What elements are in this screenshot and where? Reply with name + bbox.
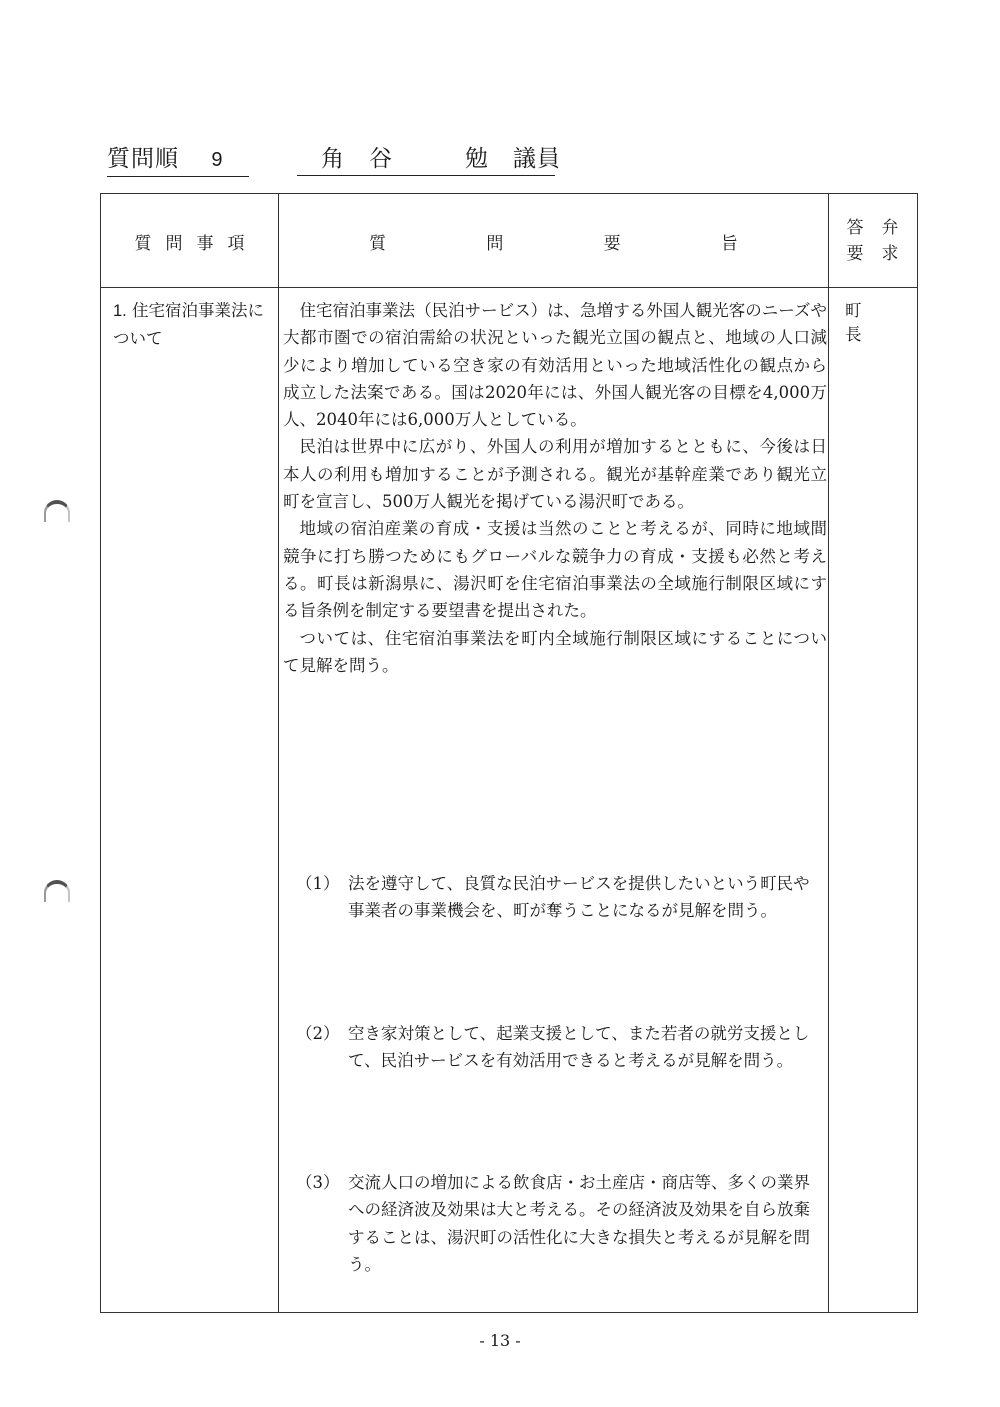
sub-question: （2） 空き家対策として、起業支援として、また若者の就労支援として、民泊サービス… xyxy=(296,1020,826,1075)
sub-question: （3） 交流人口の増加による飲食店・お土産店・商店等、多くの業界への経済波及効果… xyxy=(296,1169,826,1278)
sub-question-label: （2） xyxy=(296,1020,340,1047)
summary-paragraph: 民泊は世界中に広がり、外国人の利用が増加するとともに、今後は日本人の利用も増加す… xyxy=(283,433,827,515)
sub-question-text: 交流人口の増加による飲食店・お土産店・商店等、多くの業界への経済波及効果は大と考… xyxy=(348,1169,826,1278)
sub-question-text: 法を遵守して、良質な民泊サービスを提供したいという町民や事業者の事業機会を、町が… xyxy=(348,870,826,925)
question-order-label: 質問順 xyxy=(107,146,179,172)
member-name: 角 谷 勉 xyxy=(321,146,489,172)
member-name-block: 角 谷 勉 議員 xyxy=(297,143,555,176)
column-header-summary-char: 要 xyxy=(604,229,621,254)
respondent: 町長 xyxy=(841,297,915,345)
summary-paragraph: 地域の宿泊産業の育成・支援は当然のことと考えるが、同時に地域間競争に打ち勝つため… xyxy=(283,515,827,624)
question-item-number: 1. xyxy=(113,302,127,320)
question-table: 質問事項 質 問 要 旨 答弁 要求 1. 住宅宿泊事業法について 住宅宿泊事業… xyxy=(100,193,918,1313)
punch-hole-mark xyxy=(44,880,70,902)
page-number: - 13 - xyxy=(0,1331,1000,1350)
sub-question: （1） 法を遵守して、良質な民泊サービスを提供したいという町民や事業者の事業機会… xyxy=(296,870,826,925)
question-order: 質問順 9 xyxy=(107,143,249,177)
member-title: 議員 xyxy=(513,146,561,172)
column-header-summary: 質 問 要 旨 xyxy=(279,194,828,288)
column-divider xyxy=(828,194,829,1312)
sub-question-label: （3） xyxy=(296,1169,340,1196)
question-item-title: 住宅宿泊事業法について xyxy=(113,301,264,348)
question-summary: 住宅宿泊事業法（民泊サービス）は、急増する外国人観光客のニーズや大都市圏での宿泊… xyxy=(283,297,827,679)
punch-hole-mark xyxy=(44,500,70,522)
column-header-respondent-line2: 要求 xyxy=(831,241,917,267)
sub-question-label: （1） xyxy=(296,870,340,897)
column-header-summary-char: 問 xyxy=(486,229,503,254)
column-header-summary-char: 質 xyxy=(369,229,386,254)
column-divider xyxy=(278,194,279,1312)
question-order-number: 9 xyxy=(211,149,223,171)
sub-question-text: 空き家対策として、起業支援として、また若者の就労支援として、民泊サービスを有効活… xyxy=(348,1020,826,1075)
column-header-respondent-line1: 答弁 xyxy=(831,215,917,241)
column-header-summary-char: 旨 xyxy=(721,229,738,254)
question-item: 1. 住宅宿泊事業法について xyxy=(113,297,273,352)
summary-paragraph: 住宅宿泊事業法（民泊サービス）は、急増する外国人観光客のニーズや大都市圏での宿泊… xyxy=(283,297,827,433)
summary-paragraph: ついては、住宅宿泊事業法を町内全域施行制限区域にすることについて見解を問う。 xyxy=(283,625,827,680)
column-header-respondent: 答弁 要求 xyxy=(829,194,918,288)
column-header-item: 質問事項 xyxy=(101,194,278,288)
